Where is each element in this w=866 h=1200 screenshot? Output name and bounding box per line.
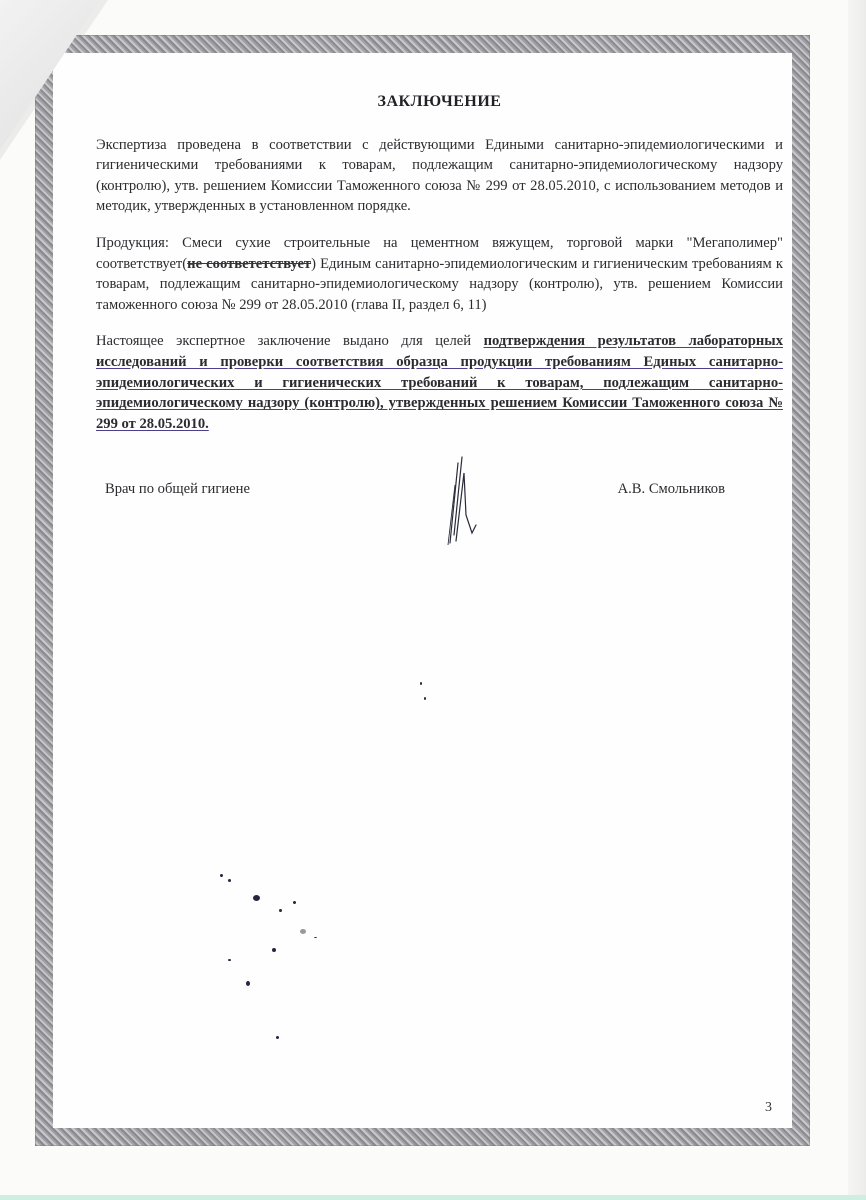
- document-title: ЗАКЛЮЧЕНИЕ: [96, 92, 783, 113]
- handwritten-signature-icon: [436, 455, 486, 547]
- paragraph-purpose: Настоящее экспертное заключение выдано д…: [96, 331, 783, 434]
- page-number: 3: [765, 1100, 772, 1116]
- scan-bottom-strip: [0, 1195, 866, 1200]
- signature-block: Врач по общей гигиене А.В. Смольников: [105, 481, 725, 501]
- struck-out-text: не соответетствует: [187, 256, 311, 272]
- paragraph-product: Продукция: Смеси сухие строительные на ц…: [96, 233, 783, 315]
- document-content: ЗАКЛЮЧЕНИЕ Экспертиза проведена в соотве…: [96, 92, 783, 450]
- signer-name: А.В. Смольников: [618, 481, 725, 498]
- paragraph-expertise: Экспертиза проведена в соответствии с де…: [96, 135, 783, 217]
- page-edge-shadow: [848, 0, 866, 1200]
- purpose-text-plain: Настоящее экспертное заключение выдано д…: [96, 333, 484, 349]
- signer-position: Врач по общей гигиене: [105, 481, 250, 498]
